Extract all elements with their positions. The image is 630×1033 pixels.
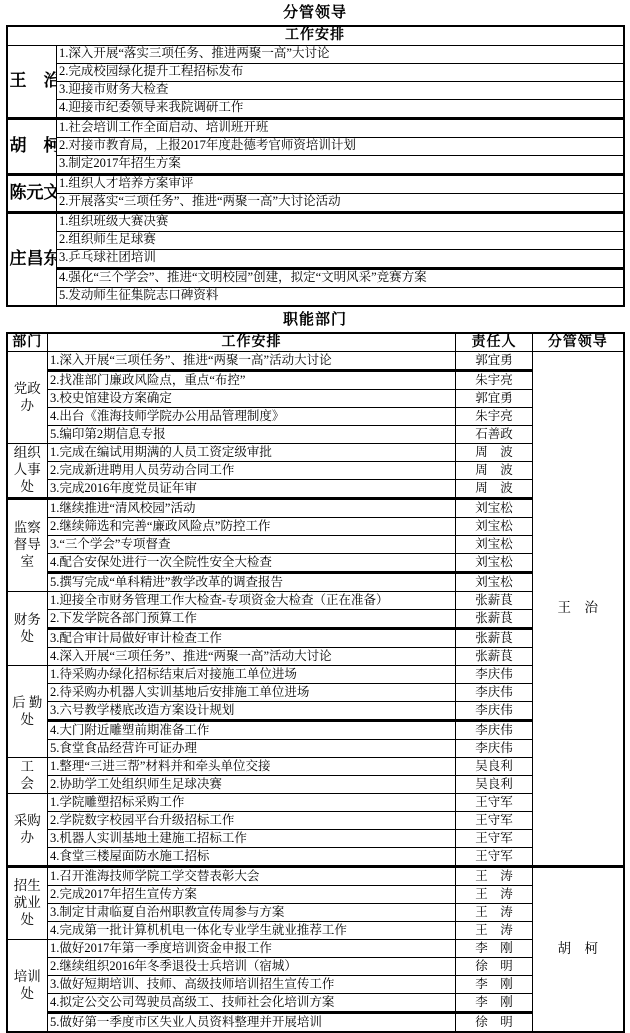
task-cell: 2.完成2017年招生宣传方案 [48,886,456,904]
task-cell: 1.召开淮海技师学院工学交替表彰大会 [48,867,456,886]
person-cell: 郭宜勇 [456,390,533,408]
dept-name: 监察 督导室 [7,499,48,592]
leader-in-charge: 胡 柯 [533,867,624,1033]
person-cell: 王 涛 [456,867,533,886]
task-cell: 5.撰写完成“单科精进”教学改革的调查报告 [48,573,456,592]
task-cell: 4.大门附近雕塑前期准备工作 [48,721,456,740]
task-cell: 1.深入开展“三项任务”、推进“两聚一高”活动大讨论 [48,352,456,371]
task-cell: 2.开展落实“三项任务”、推进“两聚一高”大讨论活动 [57,193,624,212]
person-cell: 吴良利 [456,758,533,776]
dept-name: 党政办 [7,352,48,444]
task-cell: 2.完成新进聘用人员劳动合同工作 [48,462,456,480]
person-cell: 王守军 [456,794,533,812]
person-cell: 朱宇亮 [456,371,533,390]
person-cell: 李 刚 [456,940,533,958]
task-cell: 4.深入开展“三项任务”、推进“两聚一高”活动大讨论 [48,648,456,666]
person-cell: 李庆伟 [456,740,533,758]
task-cell: 4.强化“三个学会”、推进“文明校园”创建，拟定“文明风采”竞赛方案 [57,268,624,287]
col-header-person: 责任人 [456,333,533,352]
task-cell: 3.“三个学会”专项督查 [48,536,456,554]
person-cell: 徐 明 [456,1013,533,1033]
leader-name: 胡 柯 [7,118,57,174]
task-cell: 2.继续筛选和完善“廉政风险点”防控工作 [48,518,456,536]
dept-name: 培训处 [7,940,48,1033]
task-cell: 4.拟定公交公司驾驶员高级工、技师社会化培训方案 [48,994,456,1013]
person-cell: 张薪茛 [456,610,533,629]
person-cell: 刘宝松 [456,573,533,592]
task-cell: 2.协助学工处组织师生足球决赛 [48,776,456,794]
person-cell: 李庆伟 [456,684,533,702]
person-cell: 刘宝松 [456,554,533,573]
person-cell: 李庆伟 [456,702,533,721]
dept-name: 采购办 [7,794,48,867]
person-cell: 王守军 [456,812,533,830]
person-cell: 周 波 [456,444,533,462]
leaders-table-header: 工作安排 [7,26,624,45]
task-cell: 1.学院雕塑招标采购工作 [48,794,456,812]
task-cell: 4.出台《淮海技师学院办公用品管理制度》 [48,408,456,426]
task-cell: 2.学院数字校园平台升级招标工作 [48,812,456,830]
person-cell: 朱宇亮 [456,408,533,426]
person-cell: 周 波 [456,480,533,499]
person-cell: 李 刚 [456,976,533,994]
task-cell: 1.组织人才培养方案审评 [57,174,624,193]
person-cell: 张薪茛 [456,648,533,666]
person-cell: 石善政 [456,426,533,444]
task-cell: 3.机器人实训基地土建施工招标工作 [48,830,456,848]
person-cell: 吴良利 [456,776,533,794]
col-header-dept: 部门 [7,333,48,352]
task-cell: 2.完成校园绿化提升工程招标发布 [57,63,624,81]
task-cell: 2.找准部门廉政风险点，重点“布控” [48,371,456,390]
col-header-work: 工作安排 [48,333,456,352]
leader-name: 庄昌东 [7,212,57,306]
task-cell: 1.待采购办绿化招标结束后对接施工单位进场 [48,666,456,684]
dept-name: 组织 人事处 [7,444,48,499]
task-cell: 3.迎接市财务大检查 [57,81,624,99]
dept-name: 财务处 [7,592,48,666]
dept-name: 招生 就业处 [7,867,48,940]
person-cell: 周 波 [456,462,533,480]
task-cell: 3.做好短期培训、技师、高级技师培训招生宣传工作 [48,976,456,994]
person-cell: 李庆伟 [456,721,533,740]
departments-table-title: 职能部门 [0,312,630,329]
person-cell: 刘宝松 [456,499,533,518]
task-cell: 2.对接市教育局，上报2017年度赴德考官师资培训计划 [57,137,624,155]
dept-name: 工 会 [7,758,48,794]
leader-name: 王 治 [7,45,57,118]
task-cell: 3.乒乓球社团培训 [57,249,624,268]
person-cell: 李 刚 [456,994,533,1013]
task-cell: 2.继续组织2016年冬季退役士兵培训（宿城） [48,958,456,976]
task-cell: 4.配合安保处进行一次全院性安全大检查 [48,554,456,573]
departments-table: 部门 工作安排 责任人 分管领导 党政办 1.深入开展“三项任务”、推进“两聚一… [6,332,625,1033]
dept-name: 后 勤 处 [7,666,48,758]
task-cell: 5.发动师生征集院志口碑资料 [57,287,624,306]
task-cell: 5.编印第2期信息专报 [48,426,456,444]
task-cell: 2.待采购办机器人实训基地后安排施工单位进场 [48,684,456,702]
person-cell: 张薪茛 [456,629,533,648]
person-cell: 张薪茛 [456,592,533,610]
task-cell: 4.迎接市纪委领导来我院调研工作 [57,99,624,118]
task-cell: 3.六号教学楼底改造方案设计规划 [48,702,456,721]
task-cell: 3.制定甘肃临夏自治州职教宣传周参与方案 [48,904,456,922]
task-cell: 3.配合审计局做好审计检查工作 [48,629,456,648]
person-cell: 郭宜勇 [456,352,533,371]
person-cell: 徐 明 [456,958,533,976]
task-cell: 1.深入开展“落实三项任务、推进两聚一高”大讨论 [57,45,624,63]
task-cell: 1.社会培训工作全面启动、培训班开班 [57,118,624,137]
task-cell: 5.食堂食品经营许可证办理 [48,740,456,758]
task-cell: 3.完成2016年度党员证年审 [48,480,456,499]
task-cell: 2.下发学院各部门预算工作 [48,610,456,629]
person-cell: 李庆伟 [456,666,533,684]
task-cell: 5.做好第一季度市区失业人员资料整理并开展培训 [48,1013,456,1033]
leaders-table-title: 分管领导 [0,5,630,22]
leader-name: 陈元文 [7,174,57,212]
person-cell: 王守军 [456,848,533,867]
task-cell: 3.制定2017年招生方案 [57,155,624,174]
task-cell: 4.食堂三楼屋面防水施工招标 [48,848,456,867]
leader-in-charge: 王 治 [533,352,624,867]
task-cell: 4.完成第一批计算机机电一体化专业学生就业推荐工作 [48,922,456,940]
task-cell: 1.整理“三进三帮”材料并和牵头单位交接 [48,758,456,776]
task-cell: 1.迎接全市财务管理工作大检查-专项资金大检查（正在准备） [48,592,456,610]
person-cell: 王 涛 [456,922,533,940]
task-cell: 1.完成在编试用期满的人员工资定级审批 [48,444,456,462]
task-cell: 3.校史馆建设方案确定 [48,390,456,408]
col-header-leader: 分管领导 [533,333,624,352]
person-cell: 王守军 [456,830,533,848]
person-cell: 王 涛 [456,904,533,922]
person-cell: 刘宝松 [456,536,533,554]
person-cell: 刘宝松 [456,518,533,536]
task-cell: 1.组织班级大赛决赛 [57,212,624,231]
leaders-table: 工作安排 王 治 1.深入开展“落实三项任务、推进两聚一高”大讨论 2.完成校园… [6,25,625,307]
task-cell: 1.做好2017年第一季度培训资金申报工作 [48,940,456,958]
person-cell: 王 涛 [456,886,533,904]
task-cell: 2.组织师生足球赛 [57,231,624,249]
task-cell: 1.继续推进“清风校园”活动 [48,499,456,518]
